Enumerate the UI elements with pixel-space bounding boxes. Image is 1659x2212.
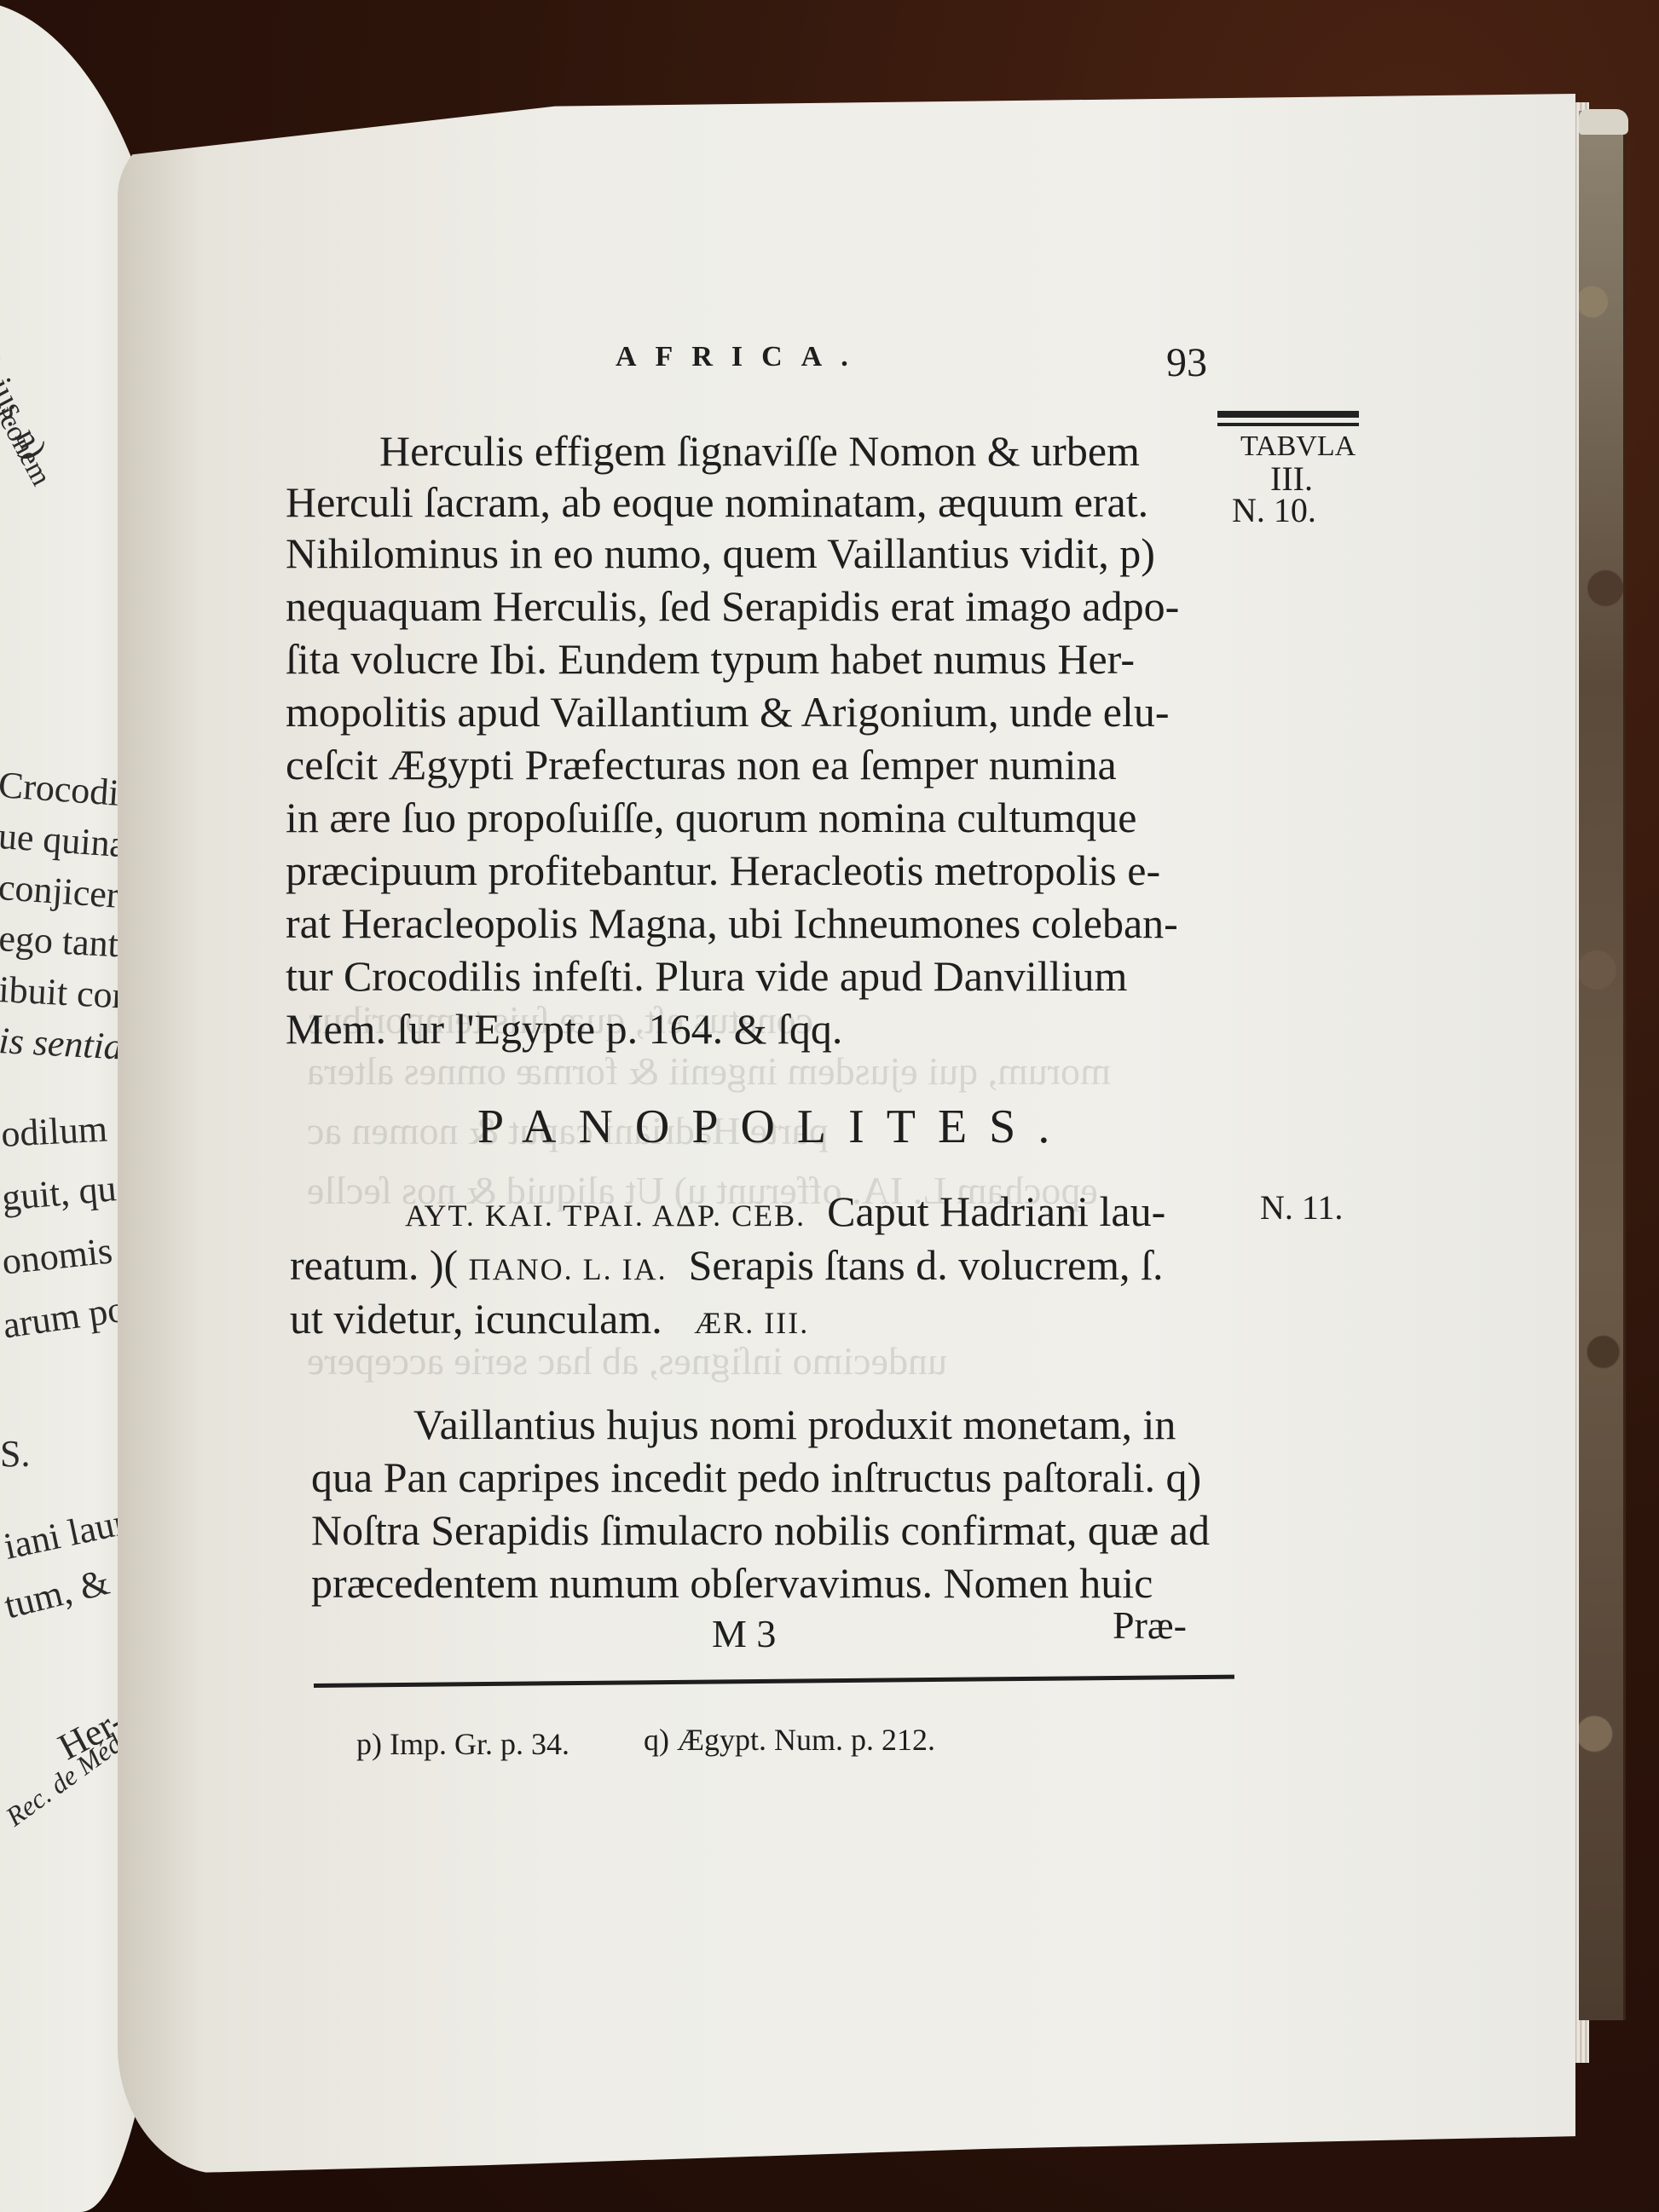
paragraph-line: Vaillantius hujus nomi produxit monetam,… xyxy=(413,1400,1176,1449)
catchword: Præ- xyxy=(1113,1603,1187,1648)
paragraph-line: Herculi ſacram, ab eoque nominatam, æquu… xyxy=(286,477,1148,527)
signature-mark: M 3 xyxy=(712,1611,776,1656)
paragraph-line: ceſcit Ægypti Præfecturas non ea ſemper … xyxy=(286,740,1117,789)
coin-number-11: N. 11. xyxy=(1260,1187,1343,1227)
marbled-cover-edge xyxy=(1579,111,1626,2020)
paragraph-line: ſita volucre Ibi. Eundem typum habet num… xyxy=(286,634,1135,684)
reverse-mark-icon: )( xyxy=(430,1241,458,1289)
paragraph-line: præcipuum profitebantur. Heracleotis met… xyxy=(286,846,1160,895)
reverse-legend: ΠΑΝΟ. L. ΙΑ. xyxy=(469,1252,668,1286)
show-through-text: morum, qui ejusdem ingenii & formæ omnes… xyxy=(307,1048,1111,1094)
obverse-description: Caput Hadriani lau- xyxy=(827,1187,1165,1235)
obverse-legend: ΑΥΤ. ΚΑΙ. ΤΡΑΙ. ΑΔΡ. ϹΕΒ. xyxy=(405,1198,806,1233)
paragraph-line: qua Pan capripes incedit pedo inſtructus… xyxy=(311,1453,1201,1502)
paragraph-line: Nihilominus in eo numo, quem Vaillantius… xyxy=(286,528,1155,578)
paragraph-line: præcedentem numum obſervavimus. Nomen hu… xyxy=(311,1558,1153,1608)
reverse-description-end: ut videtur, icunculam. xyxy=(290,1295,662,1343)
page-number: 93 xyxy=(1166,339,1207,386)
coin-number-10: N. 10. xyxy=(1232,490,1316,530)
show-through-text: undecimo inſignes, ab hac serie accepere xyxy=(307,1338,947,1383)
paragraph-line: in ære ſuo propoſuiſſe, quorum nomina cu… xyxy=(286,793,1136,842)
coin-description-line-2: reatum. )( ΠΑΝΟ. L. ΙΑ. Serapis ſtans d.… xyxy=(290,1240,1163,1290)
coin-description-line-1: ΑΥΤ. ΚΑΙ. ΤΡΑΙ. ΑΔΡ. ϹΕΒ. Caput Hadriani… xyxy=(405,1187,1165,1236)
paragraph-line: rat Heracleopolis Magna, ubi Ichneumones… xyxy=(286,898,1178,948)
left-page-fragment: S. xyxy=(0,1432,30,1476)
paragraph-line: mopolitis apud Vaillantium & Arigonium, … xyxy=(286,687,1170,736)
paragraph-line: tur Crocodilis infeſti. Plura vide apud … xyxy=(286,951,1127,1001)
running-head: AFRICA. xyxy=(616,341,867,373)
left-page-fragment: conjicere xyxy=(0,865,137,918)
book-headband xyxy=(1579,109,1628,135)
paragraph-line: Herculis effigem ſignaviſſe Nomon & urbe… xyxy=(379,426,1140,476)
paragraph-line: Noſtra Serapidis ſimulacro nobilis confi… xyxy=(311,1505,1210,1555)
paragraph-line: Mem. ſur l'Egypte p. 164. & ſqq. xyxy=(286,1004,842,1054)
section-heading: PANOPOLITES. xyxy=(477,1100,1072,1154)
paragraph-line: nequaquam Herculis, ſed Serapidis erat i… xyxy=(286,581,1179,631)
margin-double-rule xyxy=(1217,411,1359,426)
coin-description-line-3: ut videtur, icunculam. ÆR. III. xyxy=(290,1294,809,1343)
footnote-q: q) Ægypt. Num. p. 212. xyxy=(644,1722,935,1758)
footnote-p: p) Imp. Gr. p. 34. xyxy=(356,1726,569,1762)
metal-size: ÆR. III. xyxy=(694,1306,809,1340)
obverse-description-end: reatum. xyxy=(290,1241,419,1289)
reverse-description: Serapis ſtans d. volucrem, ſ. xyxy=(689,1241,1164,1289)
